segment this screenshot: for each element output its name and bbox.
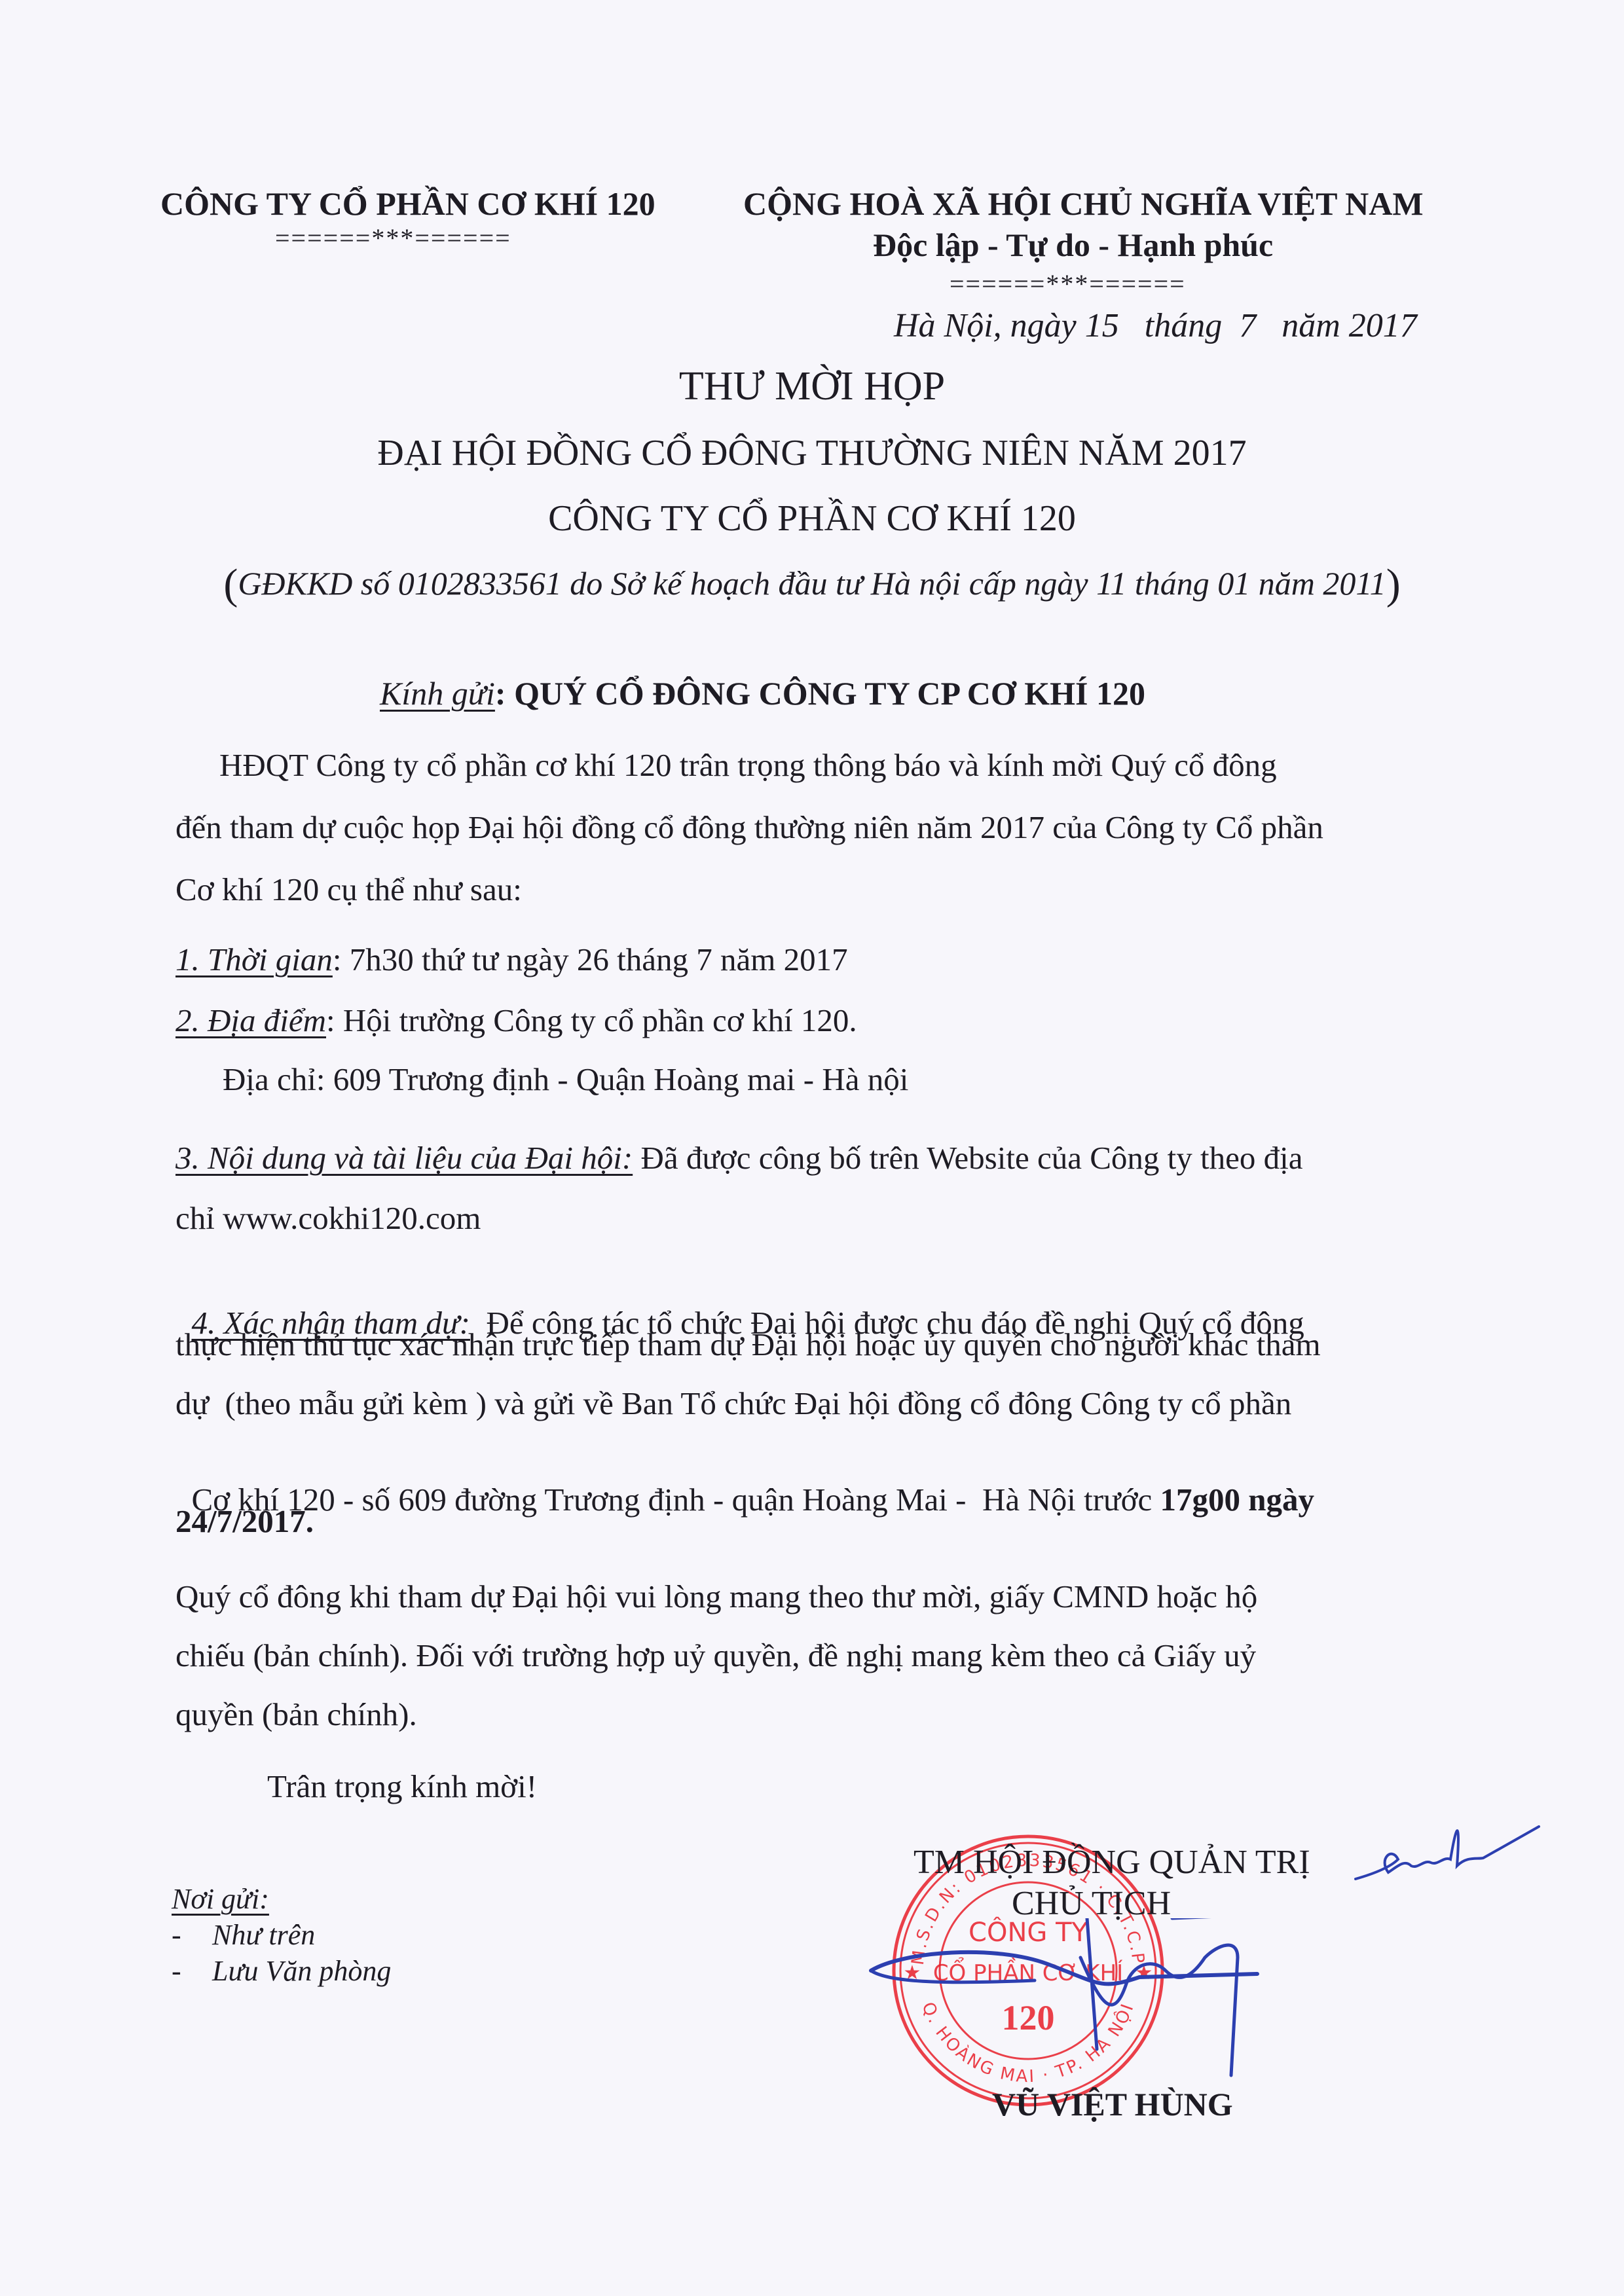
item-documents-text: Đã được công bố trên Website của Công ty… [633, 1140, 1302, 1176]
stamp-line-2: CỔ PHẦN CƠ KHÍ [933, 1956, 1123, 1986]
item-documents: 3. Nội dung và tài liệu của Đại hội: Đã … [175, 1139, 1302, 1176]
signatory-name: VŨ VIỆT HÙNG [992, 2085, 1233, 2123]
initial-signature [1352, 1820, 1542, 1892]
addressee-label: Kính gửi [380, 675, 495, 712]
company-name-header: CÔNG TY CỔ PHẦN CƠ KHÍ 120 [160, 185, 655, 223]
deadline-time: 17g00 ngày [1160, 1482, 1315, 1518]
recipient-item: -Như trên [172, 1918, 315, 1952]
bullet-dash: - [172, 1918, 212, 1952]
item-venue-address: Địa chỉ: 609 Trương định - Quận Hoàng ma… [223, 1061, 908, 1098]
item-venue-label: 2. Địa điểm [175, 1002, 326, 1038]
item-venue: 2. Địa điểm: Hội trường Công ty cổ phần … [175, 1002, 857, 1039]
addressee: Kính gửi: QUÝ CỔ ĐÔNG CÔNG TY CP CƠ KHÍ … [380, 674, 1145, 712]
nation-name: CỘNG HOÀ XÃ HỘI CHỦ NGHĨA VIỆT NAM [743, 185, 1424, 223]
intro-line-3: Cơ khí 120 cụ thể như sau: [175, 871, 522, 908]
item-time-text: : 7h30 thứ tư ngày 26 tháng 7 năm 2017 [333, 941, 848, 977]
item-documents-website: chỉ www.cokhi120.com [175, 1199, 481, 1237]
intro-line-2: đến tham dự cuộc họp Đại hội đồng cổ đôn… [175, 809, 1323, 846]
stamp-star-icon: ★ [904, 1961, 921, 1984]
national-motto: Độc lập - Tự do - Hạnh phúc [873, 226, 1273, 264]
addressee-value: QUÝ CỔ ĐÔNG CÔNG TY CP CƠ KHÍ 120 [506, 675, 1145, 712]
addressee-colon: : [495, 675, 506, 712]
registration-text: GĐKKD số 0102833561 do Sở kế hoạch đầu t… [238, 565, 1386, 602]
note-line-3: quyền (bản chính). [175, 1696, 417, 1733]
document-title: THƯ MỜI HỌP [0, 363, 1624, 410]
company-separator: ======***====== [275, 223, 511, 253]
note-line-1: Quý cổ đông khi tham dự Đại hội vui lòng… [175, 1578, 1257, 1615]
stamp-rim-bottom: Q. HOÀNG MAI · TP. HÀ NỘI [917, 1999, 1138, 2086]
item-time-label: 1. Thời gian [175, 941, 333, 977]
item-confirmation-line-2: thực hiện thủ tục xác nhận trực tiếp tha… [175, 1326, 1321, 1363]
item-confirmation-line-4: Cơ khí 120 - số 609 đường Trương định - … [175, 1444, 1314, 1518]
item-documents-label: 3. Nội dung và tài liệu của Đại hội: [175, 1140, 633, 1176]
paren-open: ( [223, 560, 238, 608]
recipient-text: Như trên [212, 1919, 315, 1951]
registration-info: (GĐKKD số 0102833561 do Sở kế hoạch đầu … [0, 560, 1624, 610]
deadline-date: 24/7/2017. [175, 1503, 314, 1540]
recipient-item: -Lưu Văn phòng [172, 1954, 391, 1988]
stamp-star-icon: ★ [1135, 1961, 1153, 1984]
document-date: Hà Nội, ngày 15 tháng 7 năm 2017 [894, 306, 1417, 345]
svg-text:Q. HOÀNG MAI · TP. HÀ NỘI: Q. HOÀNG MAI · TP. HÀ NỘI [917, 1999, 1138, 2086]
closing-greeting: Trân trọng kính mời! [267, 1768, 537, 1805]
handwritten-signature [864, 1918, 1362, 2088]
intro-line-1: HĐQT Công ty cổ phần cơ khí 120 trân trọ… [219, 746, 1277, 784]
recipient-text: Lưu Văn phòng [212, 1955, 391, 1987]
item-venue-text: : Hội trường Công ty cổ phần cơ khí 120. [326, 1002, 857, 1038]
item-confirmation-address: Cơ khí 120 - số 609 đường Trương định - … [192, 1482, 1160, 1518]
signature-title: CHỦ TỊCH [1012, 1884, 1171, 1923]
paren-close: ) [1386, 560, 1401, 608]
document-company: CÔNG TY CỔ PHẦN CƠ KHÍ 120 [0, 498, 1624, 539]
item-time: 1. Thời gian: 7h30 thứ tư ngày 26 tháng … [175, 941, 848, 978]
bullet-dash: - [172, 1954, 212, 1988]
recipients-label: Nơi gửi: [172, 1882, 269, 1916]
item-confirmation-line-3: dự (theo mẫu gửi kèm ) và gửi về Ban Tổ … [175, 1385, 1291, 1422]
document-subtitle: ĐẠI HỘI ĐỒNG CỔ ĐÔNG THƯỜNG NIÊN NĂM 201… [0, 432, 1624, 474]
stamp-number: 120 [1002, 1998, 1055, 2037]
motto-separator: ======***====== [950, 268, 1186, 299]
note-line-2: chiếu (bản chính). Đối với trường hợp uỷ… [175, 1637, 1256, 1674]
signature-on-behalf: TM HỘI ĐỒNG QUẢN TRỊ [913, 1843, 1310, 1882]
